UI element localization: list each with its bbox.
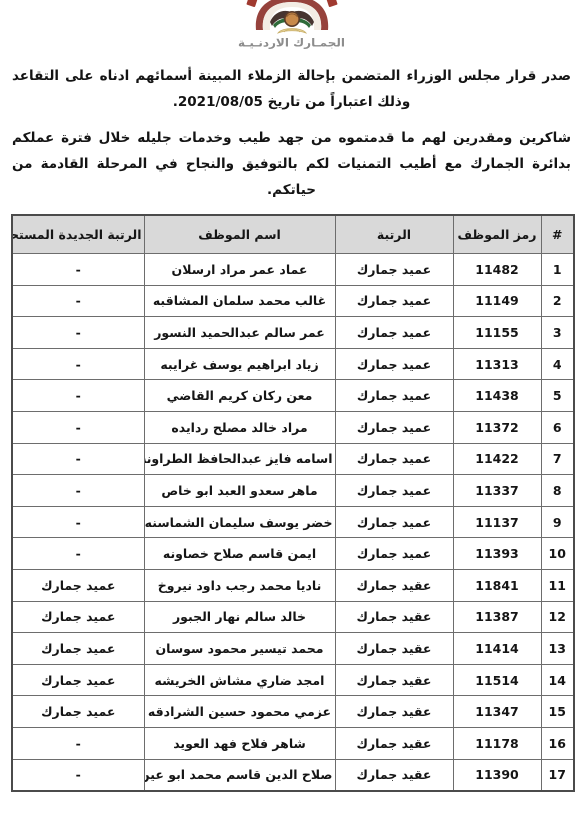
cell-rank: عميد جمارك — [335, 506, 453, 538]
retirees-table: # رمز الموظف الرتبة اسم الموظف الرتبة ال… — [11, 214, 575, 792]
header-new-rank: الرتبة الجديدة المستحقة — [12, 215, 144, 254]
cell-new-rank: - — [12, 380, 144, 412]
document-page: الجمـارك الاردنـيـة صدر قرار مجلس الوزرا… — [0, 0, 583, 830]
cell-name: عزمي محمود حسين الشرادقه — [144, 696, 335, 728]
cell-code: 11393 — [453, 538, 541, 570]
cell-rank: عميد جمارك — [335, 475, 453, 507]
table-row: 111482عميد جماركعماد عمر مراد ارسلان- — [12, 254, 574, 286]
cell-new-rank: عميد جمارك — [12, 664, 144, 696]
cell-rank: عميد جمارك — [335, 380, 453, 412]
cell-new-rank: - — [12, 285, 144, 317]
cell-name: صلاح الدين قاسم محمد ابو عين — [144, 759, 335, 791]
cell-name: محمد تيسير محمود سوسان — [144, 633, 335, 665]
cell-new-rank: عميد جمارك — [12, 601, 144, 633]
cell-rank: عقيد جمارك — [335, 727, 453, 759]
cell-code: 11178 — [453, 727, 541, 759]
table-row: 1611178عقيد جماركشاهر فلاح فهد العويد- — [12, 727, 574, 759]
cell-rank: عقيد جمارك — [335, 759, 453, 791]
table-row: 211149عميد جماركغالب محمد سلمان المشاقبه… — [12, 285, 574, 317]
cell-rank: عميد جمارك — [335, 412, 453, 444]
cell-index: 12 — [541, 601, 574, 633]
cell-name: شاهر فلاح فهد العويد — [144, 727, 335, 759]
cell-code: 11155 — [453, 317, 541, 349]
cell-index: 9 — [541, 506, 574, 538]
cell-new-rank: عميد جمارك — [12, 570, 144, 602]
table-row: 311155عميد جماركعمر سالم عبدالحميد النسو… — [12, 317, 574, 349]
table-row: 1311414عقيد جماركمحمد تيسير محمود سوسانع… — [12, 633, 574, 665]
cell-name: اسامه فايز عبدالحافظ الطراونه — [144, 443, 335, 475]
cell-new-rank: عميد جمارك — [12, 696, 144, 728]
jordan-customs-emblem: الجمـارك الاردنـيـة — [0, 0, 583, 50]
cell-index: 3 — [541, 317, 574, 349]
cell-code: 11422 — [453, 443, 541, 475]
table-row: 611372عميد جماركمراد خالد مصلح ردايده- — [12, 412, 574, 444]
cell-index: 1 — [541, 254, 574, 286]
cell-index: 2 — [541, 285, 574, 317]
cell-code: 11149 — [453, 285, 541, 317]
thanks-paragraph: شاكرين ومقدرين لهم ما قدمتموه من جهد طيب… — [0, 125, 583, 204]
cell-rank: عقيد جمارك — [335, 696, 453, 728]
cell-code: 11482 — [453, 254, 541, 286]
cell-new-rank: - — [12, 443, 144, 475]
cell-index: 7 — [541, 443, 574, 475]
customs-calligraphy-text: الجمـارك الاردنـيـة — [0, 37, 583, 50]
cell-index: 11 — [541, 570, 574, 602]
cell-code: 11337 — [453, 475, 541, 507]
table-row: 1211387عقيد جماركخالد سالم نهار الجبورعم… — [12, 601, 574, 633]
cell-new-rank: - — [12, 348, 144, 380]
table-row: 1011393عميد جماركايمن قاسم صلاح خصاونه- — [12, 538, 574, 570]
cell-code: 11414 — [453, 633, 541, 665]
cell-rank: عميد جمارك — [335, 348, 453, 380]
table-row: 711422عميد جماركاسامه فايز عبدالحافظ الط… — [12, 443, 574, 475]
table-row: 411313عميد جماركزياد ابراهيم يوسف غرايبه… — [12, 348, 574, 380]
cell-name: زياد ابراهيم يوسف غرايبه — [144, 348, 335, 380]
coat-of-arms-icon — [240, 0, 344, 34]
cell-name: عمر سالم عبدالحميد النسور — [144, 317, 335, 349]
table-row: 1411514عقيد جماركامجد ضاري مشاش الخريشهع… — [12, 664, 574, 696]
cell-code: 11514 — [453, 664, 541, 696]
cell-new-rank: - — [12, 317, 144, 349]
cell-new-rank: - — [12, 254, 144, 286]
cell-name: ايمن قاسم صلاح خصاونه — [144, 538, 335, 570]
cell-name: امجد ضاري مشاش الخريشه — [144, 664, 335, 696]
cell-name: معن ركان كريم القاضي — [144, 380, 335, 412]
cell-code: 11372 — [453, 412, 541, 444]
cell-new-rank: - — [12, 538, 144, 570]
cell-index: 6 — [541, 412, 574, 444]
table-row: 911137عميد جماركخضر يوسف سليمان الشماسنه… — [12, 506, 574, 538]
cell-rank: عميد جمارك — [335, 443, 453, 475]
table-row: 1111841عقيد جماركناديا محمد رجب داود نير… — [12, 570, 574, 602]
cell-rank: عميد جمارك — [335, 317, 453, 349]
cell-name: ناديا محمد رجب داود نيروخ — [144, 570, 335, 602]
cell-code: 11841 — [453, 570, 541, 602]
cell-name: ماهر سعدو العبد ابو خاص — [144, 475, 335, 507]
cell-name: خضر يوسف سليمان الشماسنه — [144, 506, 335, 538]
cell-code: 11387 — [453, 601, 541, 633]
cell-index: 4 — [541, 348, 574, 380]
cell-name: مراد خالد مصلح ردايده — [144, 412, 335, 444]
cell-name: عماد عمر مراد ارسلان — [144, 254, 335, 286]
cell-code: 11137 — [453, 506, 541, 538]
cell-code: 11390 — [453, 759, 541, 791]
table-row: 1511347عقيد جماركعزمي محمود حسين الشرادق… — [12, 696, 574, 728]
cell-rank: عميد جمارك — [335, 538, 453, 570]
cell-rank: عقيد جمارك — [335, 570, 453, 602]
cell-code: 11438 — [453, 380, 541, 412]
cell-index: 15 — [541, 696, 574, 728]
decree-paragraph: صدر قرار مجلس الوزراء المتضمن بإحالة الز… — [0, 63, 583, 116]
cell-rank: عميد جمارك — [335, 254, 453, 286]
cell-code: 11313 — [453, 348, 541, 380]
cell-index: 8 — [541, 475, 574, 507]
cell-new-rank: - — [12, 412, 144, 444]
cell-index: 17 — [541, 759, 574, 791]
header-rank: الرتبة — [335, 215, 453, 254]
cell-index: 14 — [541, 664, 574, 696]
table-header-row: # رمز الموظف الرتبة اسم الموظف الرتبة ال… — [12, 215, 574, 254]
table-row: 1711390عقيد جماركصلاح الدين قاسم محمد اب… — [12, 759, 574, 791]
table-row: 811337عميد جماركماهر سعدو العبد ابو خاص- — [12, 475, 574, 507]
cell-rank: عقيد جمارك — [335, 633, 453, 665]
header-index: # — [541, 215, 574, 254]
header-name: اسم الموظف — [144, 215, 335, 254]
cell-index: 5 — [541, 380, 574, 412]
cell-name: غالب محمد سلمان المشاقبه — [144, 285, 335, 317]
table-row: 511438عميد جماركمعن ركان كريم القاضي- — [12, 380, 574, 412]
cell-new-rank: عميد جمارك — [12, 633, 144, 665]
cell-rank: عقيد جمارك — [335, 664, 453, 696]
cell-name: خالد سالم نهار الجبور — [144, 601, 335, 633]
cell-index: 13 — [541, 633, 574, 665]
cell-rank: عميد جمارك — [335, 285, 453, 317]
cell-code: 11347 — [453, 696, 541, 728]
cell-rank: عقيد جمارك — [335, 601, 453, 633]
cell-new-rank: - — [12, 506, 144, 538]
cell-new-rank: - — [12, 759, 144, 791]
cell-index: 10 — [541, 538, 574, 570]
header-code: رمز الموظف — [453, 215, 541, 254]
cell-new-rank: - — [12, 727, 144, 759]
cell-index: 16 — [541, 727, 574, 759]
cell-new-rank: - — [12, 475, 144, 507]
